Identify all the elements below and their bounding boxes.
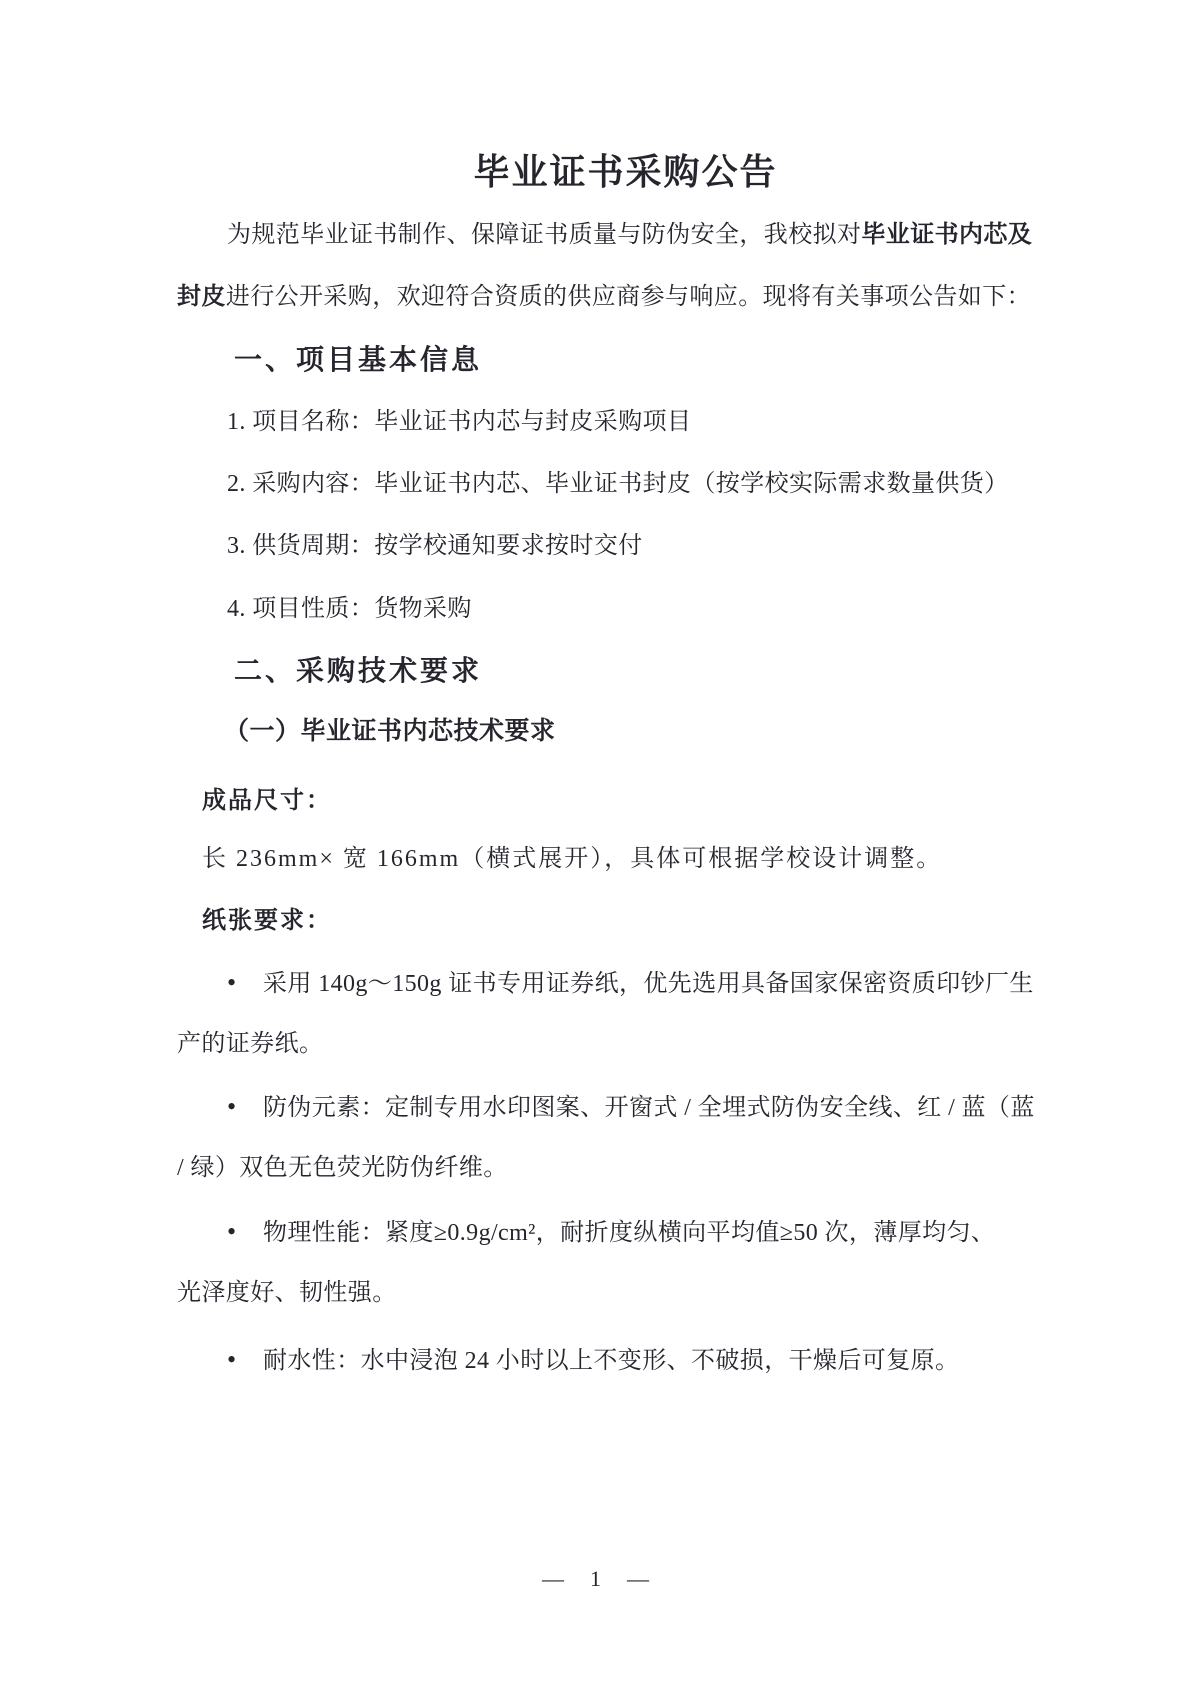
intro-line-2-bold-text: 封皮 bbox=[177, 284, 226, 310]
bullet-icon: • bbox=[227, 1091, 263, 1124]
finished-size-label: 成品尺寸： bbox=[202, 786, 332, 816]
document-title: 毕业证书采购公告 bbox=[0, 150, 1191, 195]
paper-req-bullet-4-text: 耐水性：水中浸泡 24 小时以上不变形、不破损，干燥后可复原。 bbox=[263, 1348, 959, 1374]
basic-info-item-2: 2. 采购内容：毕业证书内芯、毕业证书封皮（按学校实际需求数量供货） bbox=[227, 469, 1009, 499]
paper-req-bullet-3: •物理性能：紧度≥0.9g/cm²，耐折度纵横向平均值≥50 次，薄厚均匀、 bbox=[227, 1216, 995, 1249]
page-footer: — 1 — bbox=[0, 1566, 1191, 1592]
footer-dash-left: — bbox=[542, 1566, 564, 1592]
paper-req-bullet-2-text: 防伪元素：定制专用水印图案、开窗式 / 全埋式防伪安全线、红 / 蓝（蓝 bbox=[263, 1095, 1035, 1121]
bullet-icon: • bbox=[227, 967, 263, 1000]
paper-req-bullet-1: •采用 140g～150g 证书专用证券纸，优先选用具备国家保密资质印钞厂生 bbox=[227, 967, 1034, 1000]
paper-req-bullet-3-continuation: 光泽度好、韧性强。 bbox=[177, 1278, 397, 1308]
paper-req-bullet-2-continuation: / 绿）双色无色荧光防伪纤维。 bbox=[177, 1153, 508, 1183]
page-number: 1 bbox=[590, 1566, 601, 1592]
footer-dash-right: — bbox=[627, 1566, 649, 1592]
basic-info-item-1: 1. 项目名称：毕业证书内芯与封皮采购项目 bbox=[227, 407, 691, 437]
paper-req-bullet-4: •耐水性：水中浸泡 24 小时以上不变形、不破损，干燥后可复原。 bbox=[227, 1344, 959, 1377]
paper-req-label: 纸张要求： bbox=[202, 906, 332, 936]
paper-req-bullet-2: •防伪元素：定制专用水印图案、开窗式 / 全埋式防伪安全线、红 / 蓝（蓝 bbox=[227, 1091, 1035, 1124]
intro-line-2-text: 进行公开采购，欢迎符合资质的供应商参与响应。现将有关事项公告如下： bbox=[226, 284, 1031, 310]
paper-req-bullet-1-text: 采用 140g～150g 证书专用证券纸，优先选用具备国家保密资质印钞厂生 bbox=[263, 971, 1034, 997]
section-heading-basic-info: 一、项目基本信息 bbox=[234, 343, 482, 378]
document-page: 毕业证书采购公告 为规范毕业证书制作、保障证书质量与防伪安全，我校拟对毕业证书内… bbox=[0, 0, 1191, 1684]
paper-req-bullet-3-text: 物理性能：紧度≥0.9g/cm²，耐折度纵横向平均值≥50 次，薄厚均匀、 bbox=[263, 1220, 995, 1246]
bullet-icon: • bbox=[227, 1344, 263, 1377]
section-heading-tech-req: 二、采购技术要求 bbox=[234, 654, 482, 689]
intro-line-1: 为规范毕业证书制作、保障证书质量与防伪安全，我校拟对毕业证书内芯及 bbox=[227, 220, 1032, 250]
intro-line-1-text: 为规范毕业证书制作、保障证书质量与防伪安全，我校拟对 bbox=[227, 222, 861, 248]
finished-size-spec: 长 236mm× 宽 166mm（横式展开），具体可根据学校设计调整。 bbox=[202, 844, 942, 874]
intro-line-1-bold-text: 毕业证书内芯及 bbox=[861, 222, 1032, 248]
basic-info-item-4: 4. 项目性质：货物采购 bbox=[227, 594, 472, 624]
paper-req-bullet-1-continuation: 产的证券纸。 bbox=[177, 1029, 323, 1059]
intro-line-2: 封皮进行公开采购，欢迎符合资质的供应商参与响应。现将有关事项公告如下： bbox=[177, 282, 1031, 312]
subsection-heading-inner-core: （一）毕业证书内芯技术要求 bbox=[224, 716, 556, 747]
basic-info-item-3: 3. 供货周期：按学校通知要求按时交付 bbox=[227, 531, 643, 561]
bullet-icon: • bbox=[227, 1216, 263, 1249]
